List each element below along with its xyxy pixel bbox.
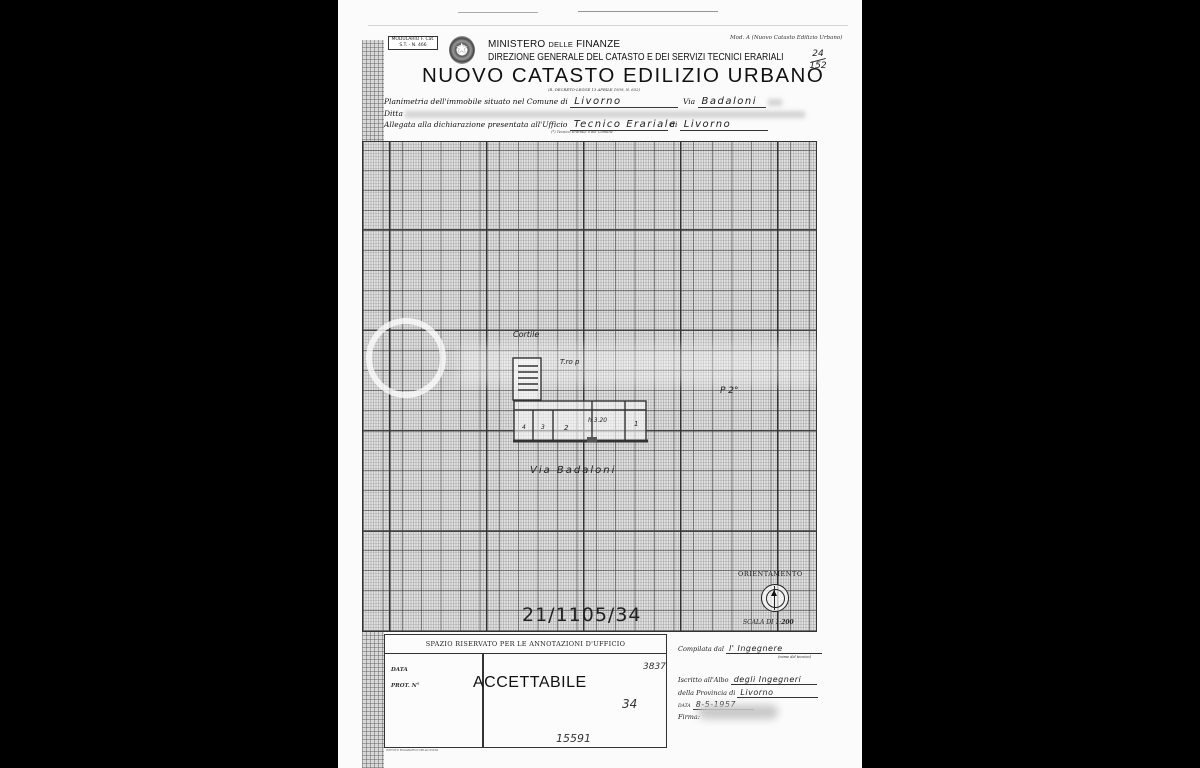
annotations-heading: SPAZIO RISERVATO PER LE ANNOTAZIONI D'UF… — [385, 635, 666, 654]
prot-label: PROT. N° — [391, 683, 420, 689]
compass-icon — [761, 584, 789, 612]
cadastral-document-page: MODULARIO F. Cat. S.T. - N. 466 ★ MINIST… — [338, 0, 862, 768]
room-2: 2 — [564, 424, 568, 432]
redacted-signature — [698, 705, 778, 719]
handwritten-number-2: 34 — [622, 697, 637, 711]
reference-number: 21/1105/34 — [522, 604, 642, 626]
bottom-scribble: 15591 — [556, 732, 591, 745]
scale-label: SCALA DI 1:200 — [743, 619, 794, 626]
handwritten-number-1: 3837 — [643, 662, 666, 672]
room-3: 3 — [541, 424, 545, 431]
ground-label: T.ro p — [560, 358, 580, 366]
room-4: 4 — [522, 424, 526, 431]
room-1: 1 — [634, 420, 638, 428]
data-label: DATA — [391, 667, 408, 673]
street-label: Via Badaloni — [530, 465, 616, 476]
height-label: h 3.20 — [588, 417, 607, 424]
floor-label: P 2° — [720, 386, 739, 396]
compilata-value: l' Ingegnere — [726, 644, 822, 654]
acceptance-stamp: ACCETTABILE — [473, 674, 587, 692]
albo-value: degli Ingegneri — [731, 675, 817, 685]
orientation-label: ORIENTAMENTO — [738, 570, 803, 578]
provincia-value: Livorno — [737, 688, 818, 698]
courtyard-label: Cortile — [513, 330, 539, 339]
printer-imprint: ISTITUTO POLIGRAFICO DELLO STATO — [386, 748, 438, 752]
firma-label: Firma: — [678, 713, 700, 721]
